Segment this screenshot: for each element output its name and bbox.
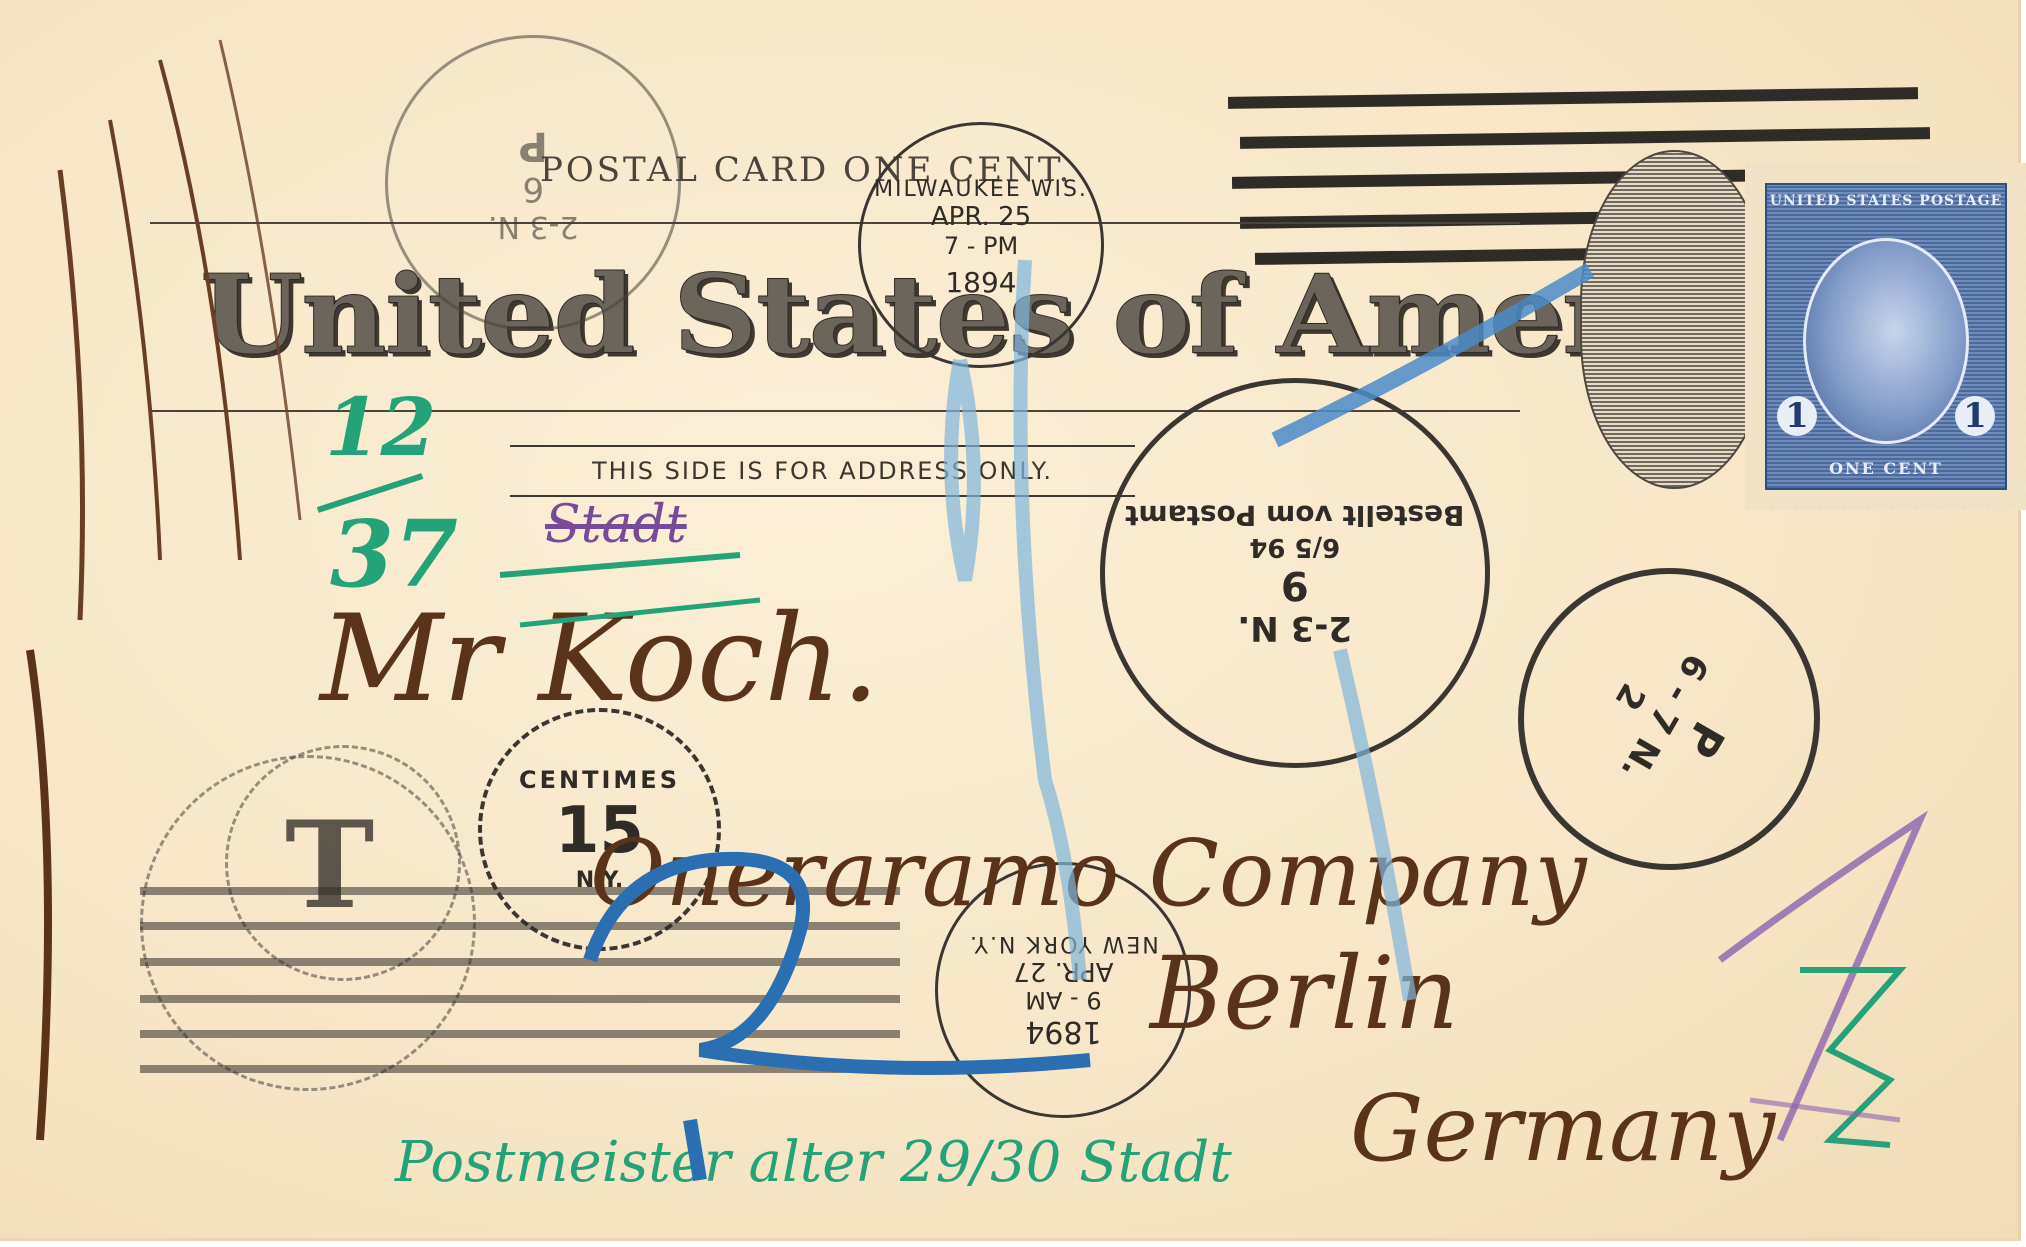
- crayon-marks: [0, 0, 2026, 1247]
- postal-card: POSTAL CARD ONE CENT. United States of A…: [0, 0, 2021, 1241]
